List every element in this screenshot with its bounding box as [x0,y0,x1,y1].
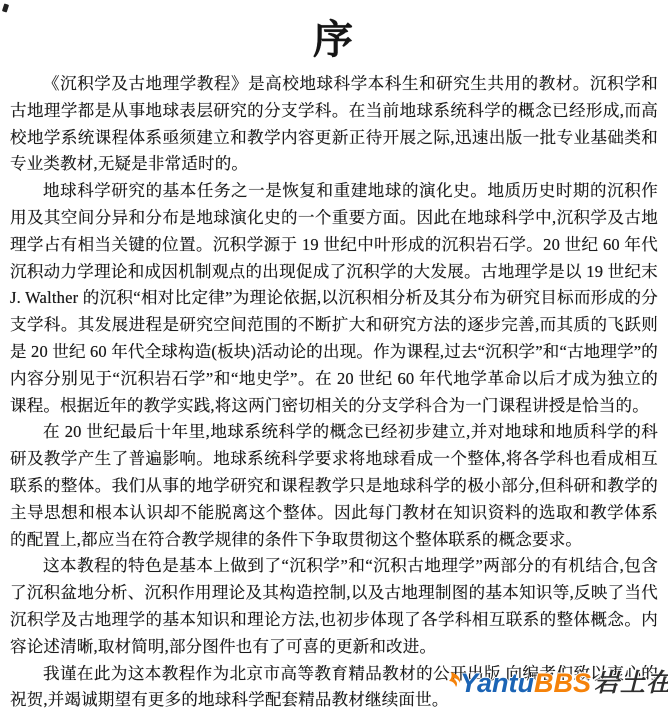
document-page: 序 《沉积学及古地理学教程》是高校地球科学本科生和研究生共用的教材。沉积学和古地… [0,0,668,721]
page-title: 序 [0,8,668,65]
paragraph-5: 我谨在此为这本教程作为北京市高等教育精品教材的公开出版,向编者们致以衷心的祝贺,… [10,661,658,715]
preface-body: 《沉积学及古地理学教程》是高校地球科学本科生和研究生共用的教材。沉积学和古地理学… [10,71,658,714]
paragraph-1: 《沉积学及古地理学教程》是高校地球科学本科生和研究生共用的教材。沉积学和古地理学… [10,71,658,178]
paragraph-2: 地球科学研究的基本任务之一是恢复和重建地球的演化史。地质历史时期的沉积作用及其空… [10,178,658,419]
paragraph-3: 在 20 世纪最后十年里,地球系统科学的概念已经初步建立,并对地球和地质科学的科… [10,419,658,553]
paragraph-4: 这本教程的特色是基本上做到了“沉积学”和“沉积古地理学”两部分的有机结合,包含了… [10,553,658,660]
